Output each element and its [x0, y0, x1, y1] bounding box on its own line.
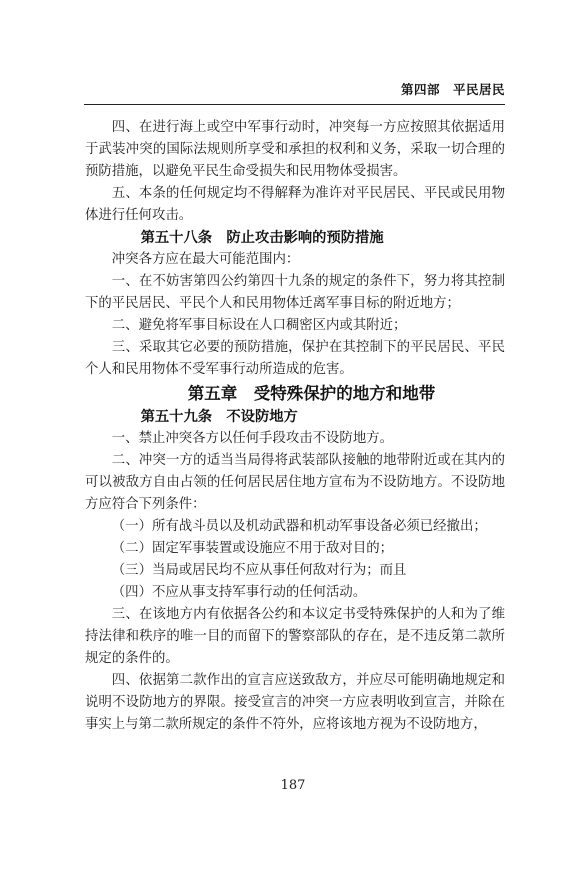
paragraph: 三、采取其它必要的预防措施，保护在其控制下的平民居民、平民个人和民用物体不受军事… — [85, 337, 505, 381]
document-body: 四、在进行海上或空中军事行动时，冲突每一方应按照其依据适用于武装冲突的国际法规则… — [85, 117, 505, 736]
list-item: （四）不应从事支持军事行动的任何活动。 — [85, 582, 505, 604]
paragraph: 冲突各方应在最大可能范围内： — [85, 249, 505, 271]
paragraph: 五、本条的任何规定均不得解释为准许对平民居民、平民或民用物体进行任何攻击。 — [85, 183, 505, 227]
header-rule — [84, 104, 505, 105]
article-heading-59: 第五十九条 不设防地方 — [85, 406, 505, 428]
paragraph: 四、在进行海上或空中军事行动时，冲突每一方应按照其依据适用于武装冲突的国际法规则… — [85, 117, 505, 183]
document-page: 第四部 平民居民 四、在进行海上或空中军事行动时，冲突每一方应按照其依据适用于武… — [0, 0, 586, 869]
paragraph: 二、避免将军事目标设在人口稠密区内或其附近； — [85, 315, 505, 337]
list-item: （三）当局或居民均不应从事任何敌对行为；而且 — [85, 560, 505, 582]
page-number: 187 — [0, 778, 586, 794]
paragraph: 四、依据第二款作出的宣言应送致敌方，并应尽可能明确地规定和说明不设防地方的界限。… — [85, 670, 505, 736]
paragraph: 二、冲突一方的适当当局得将武装部队接触的地带附近或在其内的可以被敌方自由占领的任… — [85, 450, 505, 516]
list-item: （二）固定军事装置或设施应不用于敌对目的； — [85, 538, 505, 560]
paragraph: 三、在该地方内有依据各公约和本议定书受特殊保护的人和为了维持法律和秩序的唯一目的… — [85, 604, 505, 670]
running-header: 第四部 平民居民 — [401, 83, 505, 97]
list-item: （一）所有战斗员以及机动武器和机动军事设备必须已经撤出； — [85, 516, 505, 538]
article-heading-58: 第五十八条 防止攻击影响的预防措施 — [85, 227, 505, 249]
chapter-heading-5: 第五章 受特殊保护的地方和地带 — [85, 381, 505, 406]
paragraph: 一、在不妨害第四公约第四十九条的规定的条件下，努力将其控制下的平民居民、平民个人… — [85, 271, 505, 315]
paragraph: 一、禁止冲突各方以任何手段攻击不设防地方。 — [85, 428, 505, 450]
